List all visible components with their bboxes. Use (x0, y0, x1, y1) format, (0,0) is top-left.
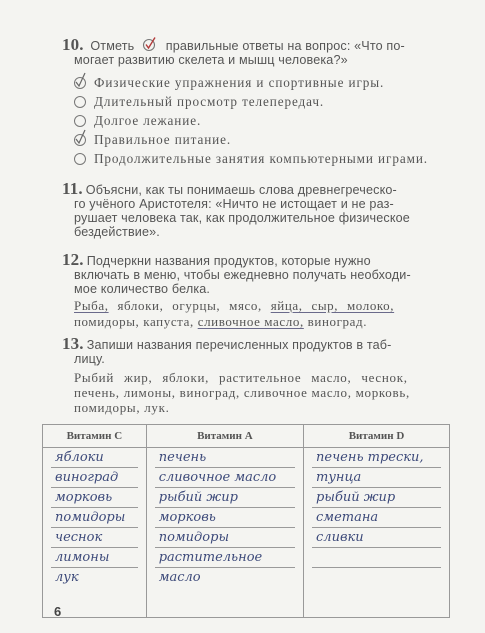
products-line-2: помидоры, капуста, сливочное масло, вино… (74, 314, 456, 330)
option-checkbox[interactable]: Продолжительные занятия компьютерными иг… (74, 150, 428, 168)
answer-line[interactable]: растительное (155, 548, 295, 568)
checked-circle-icon (74, 77, 86, 89)
task-10-line1: 10. Отметь правильные ответы на вопрос: … (62, 36, 456, 53)
answer-line[interactable]: морковь (51, 488, 138, 508)
answer-line[interactable]: тунца (312, 468, 441, 488)
answer-line[interactable]: сливки (312, 528, 441, 548)
answer-line[interactable]: виноград (51, 468, 138, 488)
empty-circle-icon (74, 115, 86, 127)
checked-circle-icon (74, 134, 86, 146)
answer-line[interactable]: лук (51, 568, 138, 587)
answer-line[interactable]: сметана (312, 508, 441, 528)
task-number: 10. (62, 35, 84, 54)
answer-line[interactable]: печень (155, 448, 295, 468)
header-vitamin-a: Витамин A (146, 425, 303, 448)
task-13: 13.Запиши названия перечисленных продукт… (62, 337, 456, 366)
answer-line[interactable]: рыбий жир (312, 488, 441, 508)
task-number: 11. (62, 179, 83, 198)
answer-line[interactable] (312, 568, 441, 587)
option-checkbox[interactable]: Физические упражнения и спортивные игры. (74, 74, 384, 92)
answer-line[interactable]: морковь (155, 508, 295, 528)
task-number: 12. (62, 250, 84, 269)
answer-line[interactable]: помидоры (51, 508, 138, 528)
answer-line[interactable]: яблоки (51, 448, 138, 468)
task-10-line2: могает развитию скелета и мышц человека?… (62, 53, 456, 67)
task-10: 10. Отметь правильные ответы на вопрос: … (62, 36, 456, 67)
underlined-product: сливочное масло, (198, 314, 304, 329)
checkmark-icon (142, 36, 158, 50)
answer-line[interactable]: масло (155, 568, 295, 587)
answer-line[interactable]: чеснок (51, 528, 138, 548)
option-checkbox[interactable]: Правильное питание. (74, 131, 231, 149)
option-checkbox[interactable]: Длительный просмотр телепередач. (74, 93, 324, 111)
answer-line[interactable]: рыбий жир (155, 488, 295, 508)
answer-line[interactable]: лимоны (51, 548, 138, 568)
underlined-product: Рыба, (74, 298, 109, 313)
workbook-page: 10. Отметь правильные ответы на вопрос: … (0, 0, 485, 633)
answer-line[interactable] (312, 548, 441, 568)
empty-circle-icon (74, 153, 86, 165)
answer-line[interactable]: помидоры (155, 528, 295, 548)
products-line-1: Рыба, яблоки, огурцы, мясо, яйца, сыр, м… (74, 298, 456, 314)
header-vitamin-d: Витамин D (304, 425, 450, 448)
page-number: 6 (54, 604, 61, 619)
task-12-products: Рыба, яблоки, огурцы, мясо, яйца, сыр, м… (74, 298, 456, 330)
vitamin-table: Витамин C Витамин A Витамин D яблоки вин… (42, 424, 450, 618)
answer-line[interactable]: печень трески, (312, 448, 441, 468)
task-13-products: Рыбий жир, яблоки, растительное масло, ч… (74, 370, 456, 415)
column-vitamin-c[interactable]: яблоки виноград морковь помидоры чеснок … (43, 448, 147, 618)
column-vitamin-a[interactable]: печень сливочное масло рыбий жир морковь… (146, 448, 303, 618)
task-12: 12.Подчеркни названия продуктов, которые… (62, 253, 456, 296)
underlined-product: яйца, сыр, молоко, (271, 298, 394, 313)
answer-line[interactable]: сливочное масло (155, 468, 295, 488)
task-number: 13. (62, 334, 84, 353)
option-checkbox[interactable]: Долгое лежание. (74, 112, 201, 130)
header-vitamin-c: Витамин C (43, 425, 147, 448)
empty-circle-icon (74, 96, 86, 108)
column-vitamin-d[interactable]: печень трески, тунца рыбий жир сметана с… (304, 448, 450, 618)
task-11: 11.Объясни, как ты понимаешь слова древн… (62, 182, 456, 239)
